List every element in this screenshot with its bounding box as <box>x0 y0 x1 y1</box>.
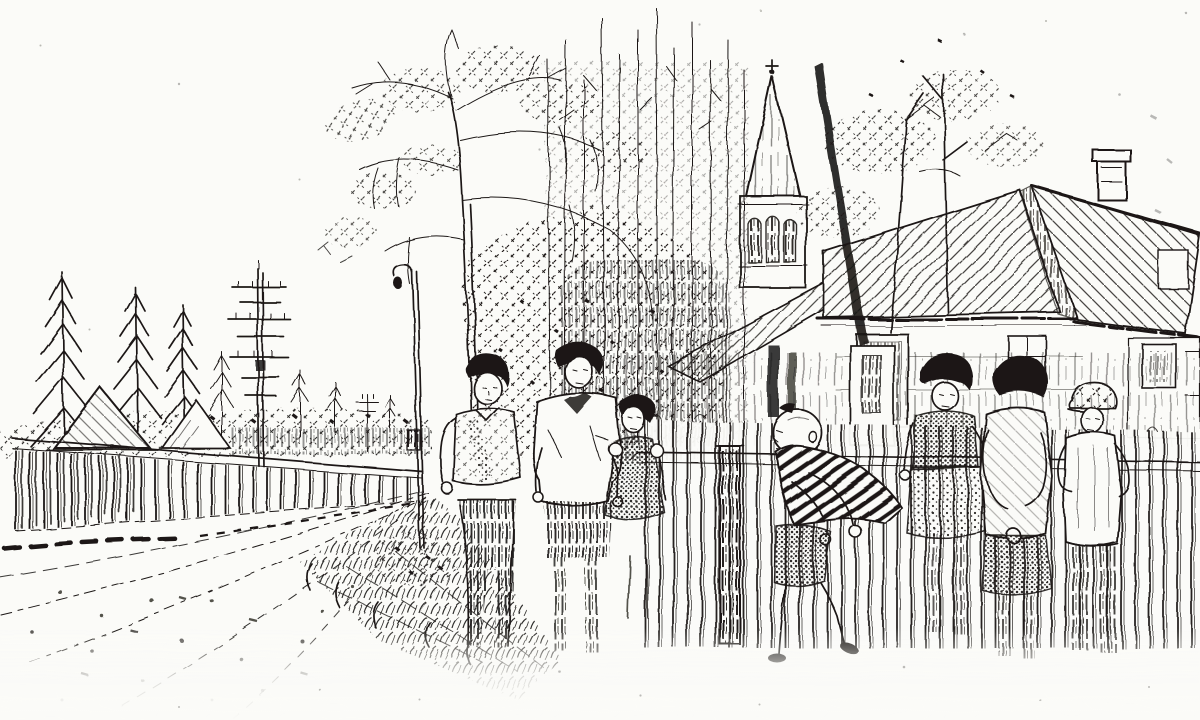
illustration-page: blank paper sky with scanner speckles ch… <box>0 0 1200 720</box>
lamp-bush: low bush at the base of the lamp post <box>374 533 458 587</box>
chimney: brick chimney with a cap <box>1093 150 1131 200</box>
bottom-fade: illustration fading into blank paper at … <box>0 628 1200 720</box>
village-street-illustration: blank paper sky with scanner speckles ch… <box>0 0 1200 720</box>
gate-post: heavy wooden gate post <box>716 446 744 644</box>
